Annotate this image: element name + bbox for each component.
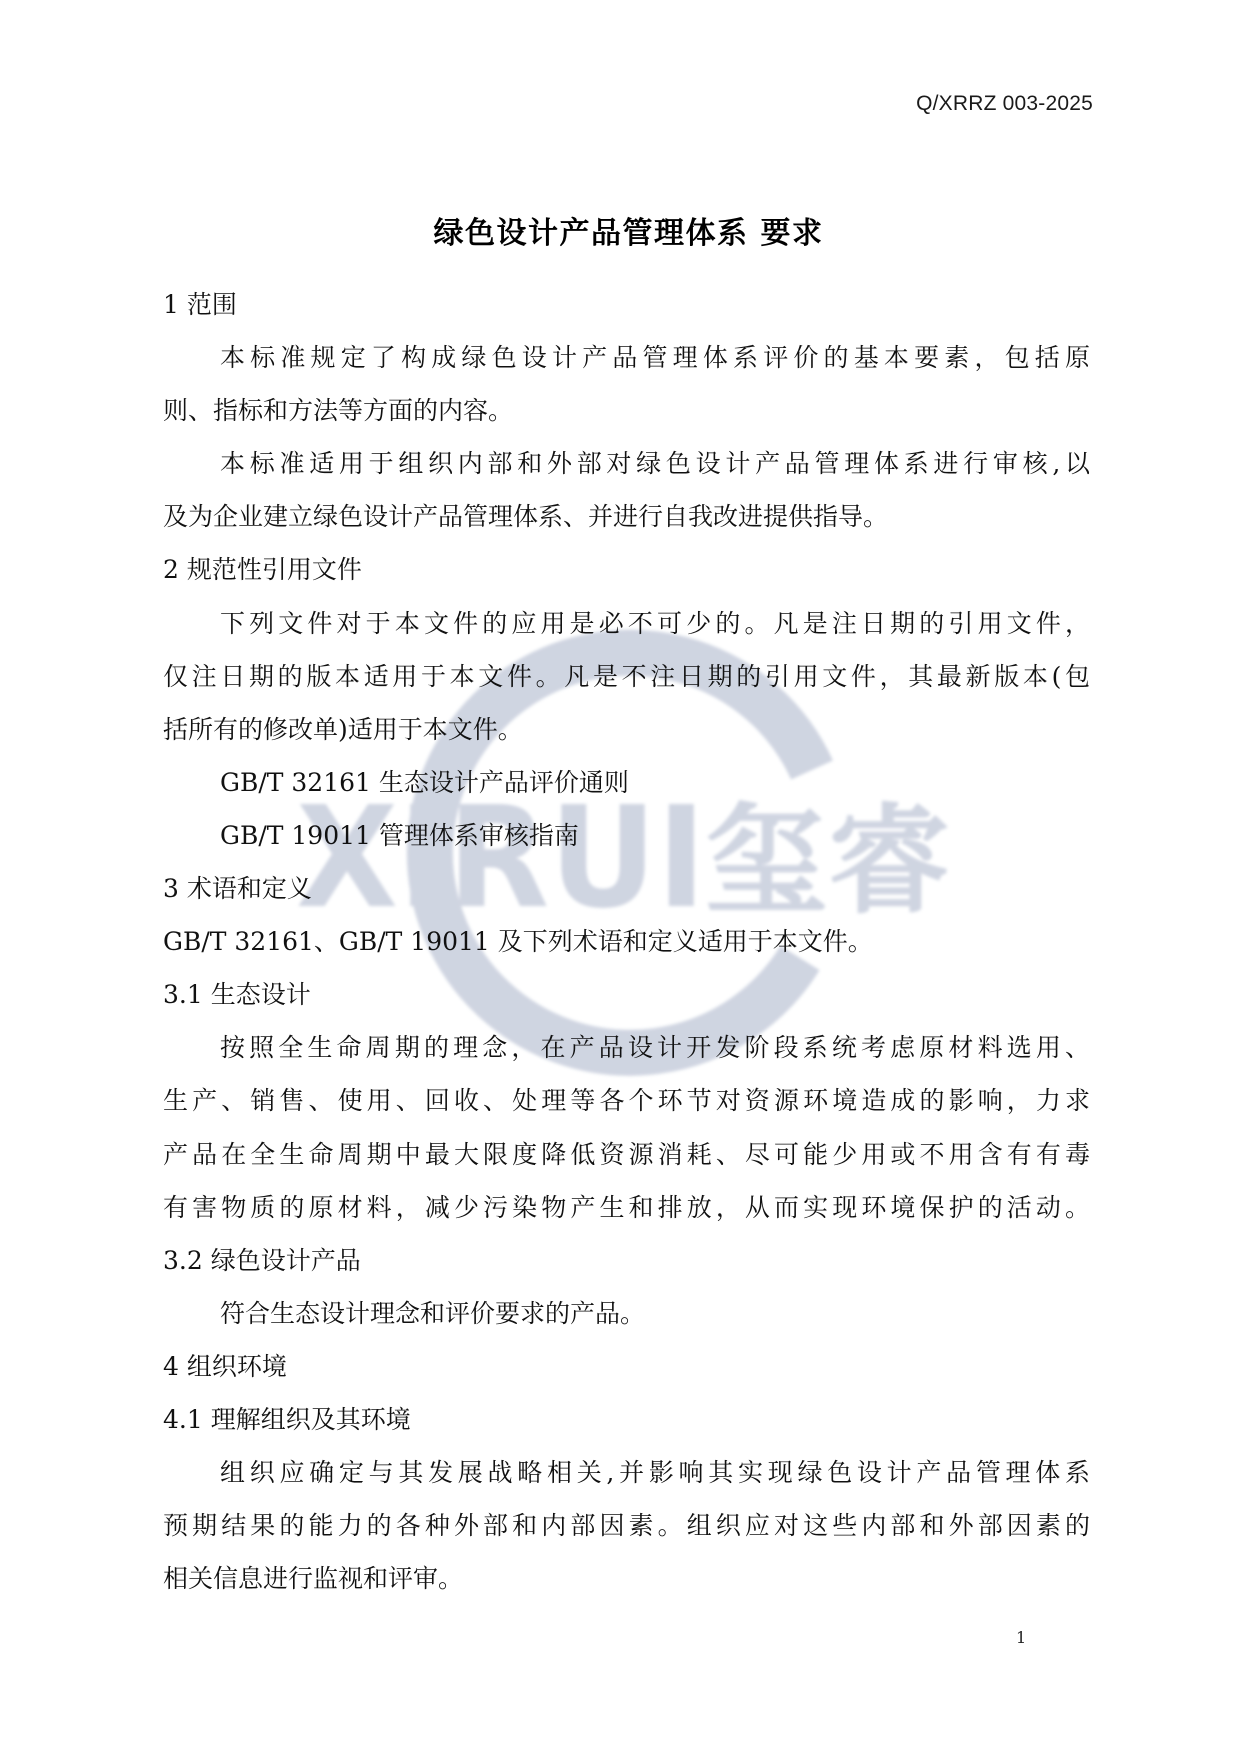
paragraph-line: 及为企业建立绿色设计产品管理体系、并进行自我改进提供指导。 bbox=[163, 490, 1103, 543]
document-body: 1 范围本标准规定了构成绿色设计产品管理体系评价的基本要素，包括原则、指标和方法… bbox=[163, 278, 1103, 1605]
paragraph-line: 预期结果的能力的各种外部和内部因素。组织应对这些内部和外部因素的 bbox=[163, 1499, 1090, 1552]
paragraph-line: 符合生态设计理念和评价要求的产品。 bbox=[163, 1287, 1103, 1340]
section-heading: 4 组织环境 bbox=[163, 1340, 1103, 1393]
section-heading: 3 术语和定义 bbox=[163, 862, 1103, 915]
page-number: 1 bbox=[1016, 1628, 1026, 1647]
paragraph-line: 组织应确定与其发展战略相关,并影响其实现绿色设计产品管理体系 bbox=[163, 1446, 1090, 1499]
reference-item: GB/T 19011 管理体系审核指南 bbox=[163, 809, 1103, 862]
paragraph-line: 按照全生命周期的理念，在产品设计开发阶段系统考虑原材料选用、 bbox=[163, 1021, 1090, 1074]
document-code: Q/XRRZ 003-2025 bbox=[916, 92, 1093, 116]
paragraph-line: 本标准适用于组织内部和外部对绿色设计产品管理体系进行审核,以 bbox=[163, 437, 1090, 490]
paragraph-line: 本标准规定了构成绿色设计产品管理体系评价的基本要素，包括原 bbox=[163, 331, 1090, 384]
section-heading: 3.1 生态设计 bbox=[163, 968, 1103, 1021]
document-page: XIRUI 玺睿 Q/XRRZ 003-2025 绿色设计产品管理体系 要求 1… bbox=[0, 0, 1241, 1754]
paragraph-line: 则、指标和方法等方面的内容。 bbox=[163, 384, 1103, 437]
paragraph-line: 括所有的修改单)适用于本文件。 bbox=[163, 703, 1103, 756]
paragraph-line: GB/T 32161、GB/T 19011 及下列术语和定义适用于本文件。 bbox=[163, 915, 1103, 968]
paragraph-line: 生产、销售、使用、回收、处理等各个环节对资源环境造成的影响，力求 bbox=[163, 1074, 1090, 1127]
reference-item: GB/T 32161 生态设计产品评价通则 bbox=[163, 756, 1103, 809]
paragraph-line: 相关信息进行监视和评审。 bbox=[163, 1552, 1103, 1605]
section-heading: 4.1 理解组织及其环境 bbox=[163, 1393, 1103, 1446]
paragraph-line: 产品在全生命周期中最大限度降低资源消耗、尽可能少用或不用含有有毒 bbox=[163, 1128, 1090, 1181]
paragraph-line: 下列文件对于本文件的应用是必不可少的。凡是注日期的引用文件， bbox=[163, 597, 1090, 650]
section-heading: 3.2 绿色设计产品 bbox=[163, 1234, 1103, 1287]
section-heading: 2 规范性引用文件 bbox=[163, 543, 1103, 596]
paragraph-line: 仅注日期的版本适用于本文件。凡是不注日期的引用文件，其最新版本(包 bbox=[163, 650, 1090, 703]
paragraph-line: 有害物质的原材料，减少污染物产生和排放，从而实现环境保护的活动。 bbox=[163, 1181, 1090, 1234]
document-title: 绿色设计产品管理体系 要求 bbox=[0, 208, 1241, 252]
section-heading: 1 范围 bbox=[163, 278, 1103, 331]
